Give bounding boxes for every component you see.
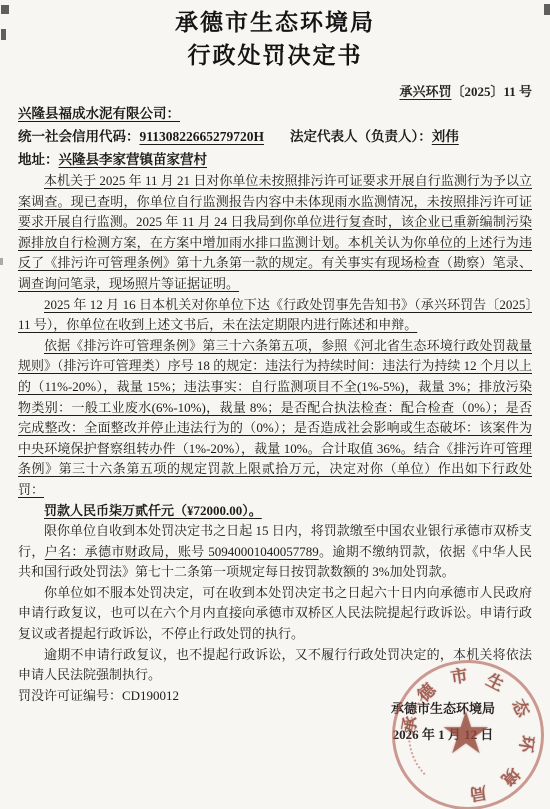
paragraph-investigation: 本机关于 2025 年 11 月 21 日对你单位未按照排污许可证要求开展自行监… — [18, 171, 532, 295]
seal-ring-char: 环 — [515, 734, 542, 755]
document-number-prefix: 承兴环罚 — [399, 84, 451, 99]
scan-artifact — [1, 29, 6, 40]
legal-rep-label: 法定代表人（负责人）： — [290, 129, 432, 144]
signature-date: 2026 年 1 月 12 日 — [378, 722, 508, 748]
recipient-company: 兴隆县福成水泥有限公司： — [18, 106, 180, 121]
paragraph-prior-notice: 2025 年 12 月 16 日本机关对你单位下达《行政处罚事先告知书》（承兴环… — [18, 295, 532, 336]
credit-code-label: 统一社会信用代码： — [18, 129, 140, 144]
legal-rep-value: 刘伟 — [432, 129, 459, 144]
document-title: 承德市生态环境局 行政处罚决定书 — [0, 0, 550, 72]
document-body: 本机关于 2025 年 11 月 21 日对你单位未按照排污许可证要求开展自行监… — [18, 171, 532, 706]
address-value: 兴隆县李家营镇苗家营村 — [59, 152, 208, 167]
scan-artifact — [544, 4, 550, 15]
recipient-block: 兴隆县福成水泥有限公司： 统一社会信用代码：91130822665279720H… — [18, 102, 532, 171]
document-number: 承兴环罚〔2025〕11 号 — [0, 81, 532, 100]
signature-block: 承德市生态环境局 2026 年 1 月 12 日 — [378, 696, 508, 748]
paragraph-payment-instructions: 限你单位自收到本处罚决定书之日起 15 日内，将罚款缴至中国农业银行承德市双桥支… — [18, 521, 532, 583]
paragraph-enforcement: 逾期不申请行政复议，也不提起行政诉讼，又不履行行政处罚决定的，本机关将依法申请人… — [18, 645, 532, 686]
title-agency: 承德市生态环境局 — [0, 6, 550, 39]
scan-artifact — [1, 5, 9, 14]
paragraph-legal-basis: 依据《排污许可管理条例》第三十六条第五项，参照《河北省生态环境行政处罚裁量规则》… — [18, 336, 532, 501]
credit-code-value: 91130822665279720H — [140, 129, 265, 144]
signature-agency: 承德市生态环境局 — [378, 696, 508, 722]
seal-ring-char: 境 — [497, 763, 527, 793]
paragraph-appeal-rights: 你单位如不服本处罚决定，可在收到本处罚决定书之日起六十日内向承德市人民政府申请行… — [18, 583, 532, 645]
seal-ring-char: 局 — [468, 781, 489, 809]
address-label: 地址： — [18, 152, 59, 167]
scan-artifact — [0, 258, 3, 265]
penalty-amount-line: 罚款人民币柒万贰仟元（¥72000.00）。 — [18, 501, 532, 522]
document-number-rest: 〔2025〕11 号 — [451, 84, 532, 99]
scanned-penalty-decision-document: 承德市生态环境局 行政处罚决定书 承兴环罚〔2025〕11 号 兴隆县福成水泥有… — [0, 0, 550, 809]
payment-account-info: 户名：承德市财政局，账号 50940001040057789 — [45, 544, 319, 559]
title-doc-type: 行政处罚决定书 — [0, 39, 550, 72]
